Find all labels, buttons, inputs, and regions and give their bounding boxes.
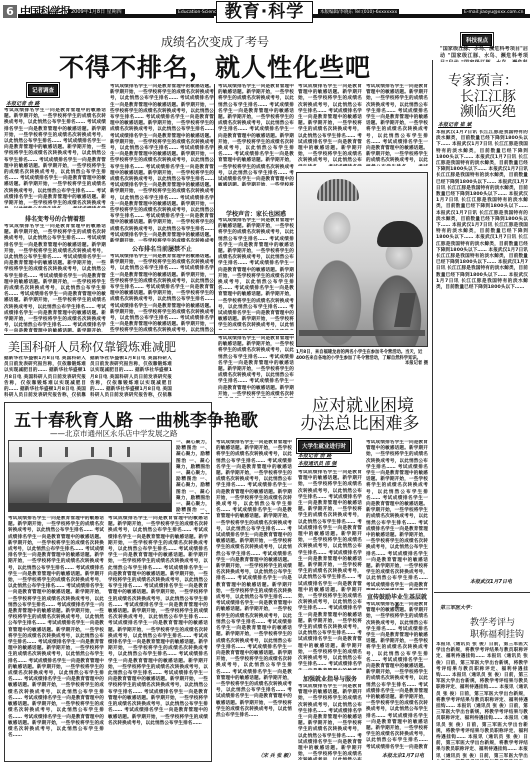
school-feature-body-col1: 考试成绩排名学生一向是教育管理中的敏感话题。新学期开始，一些学校将学生的成绩名次…: [8, 516, 104, 756]
lead-article-body-col4a: 考试成绩排名学生一向是教育管理中的敏感话题。新学期开始，一些学校将学生的成绩名次…: [298, 84, 362, 166]
employment-byline-1: 本报记者 俞 路: [298, 452, 331, 459]
editor-line: 本版编辑/李晓东 Tel:(010)-6xxxxxxx: [318, 9, 399, 16]
children-photo: [296, 172, 428, 347]
sidebar-headline-line3: 濒临灭绝: [460, 101, 516, 121]
employment-body-col2b: 考试成绩排名学生一向是教育管理中的敏感话题。新学期开始，一些学校将学生的成绩名次…: [366, 602, 428, 750]
photo-flag: [91, 447, 94, 457]
employment-byline-2: 本报通讯员 邵 强: [298, 460, 336, 467]
obesity-headline: 美国科研人员称仅靠锻炼难减肥: [8, 338, 176, 355]
employment-source: 本报北京1月7日电: [382, 752, 424, 759]
sidebar-divider: [434, 592, 530, 593]
lead-article-body-col4b: 考试成绩排名学生一向是教育管理中的敏感话题。新学期开始，一些学校将学生的成绩名次…: [366, 84, 428, 166]
employment-headline-line2: 办法总比困难多: [290, 409, 430, 434]
photo-ornament-headdress: [317, 179, 359, 201]
masthead-slashes: /////: [48, 9, 58, 18]
photo-flag: [65, 447, 68, 457]
page-number: 6: [3, 5, 17, 18]
photo-flag: [19, 447, 22, 457]
lead-article-byline: 本报记者 俞 路: [6, 100, 39, 107]
editor-email: E-mail:jiaoyu@xxx.com.cn: [462, 9, 525, 16]
sidebar-bottom-kicker: 第三军医大学：: [440, 604, 475, 611]
obesity-body-col1: 据新华社华盛顿1月8日电 美国科研人员日前发表研究报告称，仅依靠锻炼难以实现减肥…: [4, 356, 86, 398]
sidebar-kicker: "国家级江豚、水鸟、濒危科考项目"启动 "国家级江豚、水鸟、濒危科考项目"启动 …: [440, 46, 528, 62]
divider-mid: [4, 334, 294, 335]
lead-article-body-col1b: 考试成绩排名学生一向是教育管理中的敏感话题。新学期开始，一些学校将学生的成绩名次…: [4, 224, 106, 332]
lead-article-body-col3a: 考试成绩排名学生一向是教育管理中的敏感话题。新学期开始，一些学校将学生的成绩名次…: [218, 84, 294, 186]
school-gate-photo: [8, 440, 172, 512]
lead-article-headline: 不得不排名，就人性化些吧: [0, 48, 430, 84]
lead-article-body-col2b: 考试成绩排名学生一向是教育管理中的敏感话题。新学期开始，一些学校将学生的成绩名次…: [110, 254, 214, 332]
school-feature-body-col3: 考试成绩排名学生一向是教育管理中的敏感话题。新学期开始，一些学校将学生的成绩名次…: [216, 440, 292, 750]
employment-subhead-1: 加强就业指导与服务: [298, 674, 362, 683]
sidebar-body: 本报武汉1月7日讯 长江江豚是我国特有的淡水鲸类，目前数量已经下降到1800头以…: [436, 130, 528, 575]
photo-building: [141, 463, 169, 503]
lead-article-subhead-3: 学校声音：家长也困惑: [218, 209, 294, 218]
photo-flag: [39, 447, 42, 457]
divider-sidebar: [432, 60, 433, 760]
lead-article-tag: 记者调查: [28, 84, 58, 96]
photo-red-scarf: [394, 293, 416, 327]
employment-body-col2: 考试成绩排名学生一向是教育管理中的敏感话题。新学期开始，一些学校将学生的成绩名次…: [366, 440, 428, 590]
lead-article-body-col3b: 考试成绩排名学生一向是教育管理中的敏感话题。新学期开始，一些学校将学生的成绩名次…: [218, 218, 294, 330]
school-feature-subtitle: ——北京市通州区永乐店中学发展之路: [50, 428, 178, 439]
sidebar-bottom-headline-line2: 职称福利挂钩: [470, 627, 524, 640]
photo-window-frame: [299, 330, 425, 336]
lead-article-body-col1a: 考试成绩排名学生一向是教育管理中的敏感话题。新学期开始，一些学校将学生的成绩名次…: [4, 108, 106, 208]
sidebar-byline: 本报记者 崔 斌: [438, 121, 471, 128]
lead-article-body-col-cont: 考试成绩排名学生一向是教育管理中的敏感话题。新学期开始，一些学校将学生的成绩名次…: [218, 336, 294, 398]
photo-flag: [109, 447, 112, 457]
photo-caption-text: 1月8日，来自福建龙岩的两名小学生在参加冬令营活动。当天，近400名来自各地的小…: [296, 350, 422, 361]
photo-road: [9, 503, 171, 511]
sidebar-source: 本报武汉1月7日电: [470, 578, 512, 585]
section-english-name: Education·Science: [176, 9, 221, 16]
photo-flag: [127, 447, 130, 457]
photo-caption: 1月8日，来自福建龙岩的两名小学生在参加冬令营活动。当天，近400名来自各地的小…: [296, 350, 428, 367]
divider-center: [214, 84, 215, 334]
issue-date: 2009年1月8日 星期四: [68, 9, 125, 16]
school-feature-body-col2: 考试成绩排名学生一向是教育管理中的敏感话题。新学期开始，一些学校将学生的成绩名次…: [108, 516, 208, 756]
employment-body-col1b: 考试成绩排名学生一向是教育管理中的敏感话题。新学期开始，一些学校将学生的成绩名次…: [298, 684, 362, 760]
sidebar-tag: 科技视点: [462, 34, 492, 46]
newspaper-logo: 中国科学报: [20, 3, 70, 19]
obesity-body-col2: 据新华社华盛顿1月8日电 美国科研人员日前发表研究报告称，仅依靠锻炼难以实现减肥…: [90, 356, 172, 398]
lead-article-subhead-1: 排名变考号的合情着想: [4, 214, 106, 223]
page-masthead: 6 中国科学报 ///// 2009年1月8日 星期四 Education·Sc…: [0, 0, 530, 26]
lead-article-body-col2a: 考试成绩排名学生一向是教育管理中的敏感话题。新学期开始，一些学校将学生的成绩名次…: [110, 84, 214, 242]
sidebar-bottom-body: 本报讯（通讯员 张 俊）日前，第三军医大学出台新规，将教学考评结果与教员职称评定…: [436, 642, 528, 760]
section-title: 教育·科学: [216, 1, 313, 23]
photo-child-hair: [377, 221, 423, 247]
employment-body-col1: 考试成绩排名学生一向是教育管理中的敏感话题。新学期开始，一些学校将学生的成绩名次…: [298, 470, 362, 670]
employment-tag: 大学生就业进行时: [298, 440, 350, 452]
school-feature-body-side: 一、凝心聚力，励精图治 一、凝心聚力，励精图治 一、凝心聚力，励精图治 一、凝心…: [176, 440, 210, 514]
photo-credit: 本报记者 摄: [405, 361, 428, 367]
lead-article-subhead-2: 公布排名当前屡禁不止: [110, 244, 214, 253]
school-feature-credit: （宋 兵 张 毅）: [258, 752, 293, 759]
